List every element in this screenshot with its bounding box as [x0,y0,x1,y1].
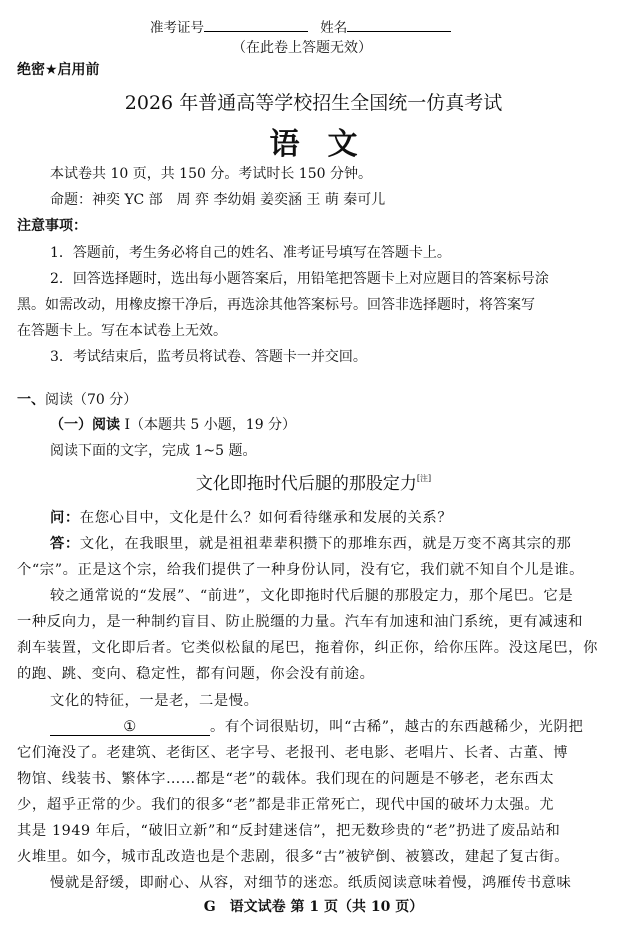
passage-line: 少，超乎正常的少。我们的很多“老”都是非正常死亡，现代中国的破坏力太强。尤 [0,794,554,814]
secret-mark: 绝密★启用前 [17,59,100,79]
passage-line: 文化的特征，一是老，二是慢。 [0,690,259,710]
answer-text: 文化，在我眼里，就是祖祖辈辈积攒下的那堆东西，就是万变不离其宗的那 [80,536,572,552]
passage-line: 物馆、线装书、繁体字……都是“老”的载体。我们现在的问题是不够老，老东西太 [0,768,554,788]
candidate-info-line: 准考证号 姓名 [150,16,451,36]
section-title: 阅读（70 分） [45,392,137,408]
fill-blank-1[interactable]: ① [50,719,210,736]
question-text: 在您心目中，文化是什么？如何看待继承和发展的关系？ [80,510,452,526]
passage-line: 其是 1949 年后，“破旧立新”和“反封建迷信”，把无数珍贵的“老”扔进了废品… [0,820,560,840]
passage-line: 较之通常说的“发展”、“前进”，文化即拖时代后腿的那股定力，那个尾巴。它是 [0,585,573,605]
passage-title-note: [注] [417,474,431,483]
notice-title: 注意事项： [17,215,87,235]
subsection-detail: （本题共 5 小题，19 分） [130,417,296,433]
passage-line: 刹车装置，文化即后者。它类似松鼠的尾巴，拖着你，纠正你，给你压阵。没这尾巴，你 [0,637,598,657]
passage-line: 慢就是舒缓，即耐心、从容，对细节的迷恋。纸质阅读意味着慢，鸿雁传书意味 [0,872,571,892]
subject-title: 语文 [0,119,627,163]
passage-title-text: 文化即拖时代后腿的那股定力 [196,474,417,494]
section-number: 一、 [17,392,45,408]
subsection-heading: （一）阅读 Ⅰ（本题共 5 小题，19 分） [50,414,296,434]
admission-number-label: 准考证号 [150,20,204,36]
notice-item-3: 3．考试结束后，监考员将试卷、答题卡一并交回。 [0,346,367,366]
invalid-note: （在此卷上答题无效） [232,37,372,57]
notice-item-2: 2．回答选择题时，选出每小题答案后，用铅笔把答题卡上对应题目的答案标号涂 [0,268,549,288]
passage-fill-blank-line: ①。有个词很贴切，叫“古稀”，越古的东西越稀少，光阴把 [0,716,583,736]
section-heading: 一、阅读（70 分） [17,389,137,409]
question-label: 问： [50,510,80,526]
notice-item-2-cont: 黑。如需改动，用橡皮擦干净后，再选涂其他答案标号。回答非选择题时，将答案写 [0,294,535,314]
answer-label: 答： [50,536,80,552]
passage-line: 火堆里。如今，城市乱改造也是个悲剧，很多“古”被铲倒、被篡改，建起了复古街。 [0,846,569,866]
subsection-title: （一）阅读 [50,417,120,433]
passage-line: 它们淹没了。老建筑、老街区、老字号、老报刊、老电影、老唱片、长者、古董、博 [0,742,568,762]
exam-info-pages: 本试卷共 10 页，共 150 分。考试时长 150 分钟。 [0,163,372,183]
notice-item-2-cont: 在答题卡上。写在本试卷上无效。 [0,320,227,340]
admission-number-field[interactable] [204,20,308,32]
notice-item-1: 1．答题前，考生务必将自己的姓名、准考证号填写在答题卡上。 [0,242,451,262]
passage-question: 问：在您心目中，文化是什么？如何看待继承和发展的关系？ [0,507,452,527]
passage-title: 文化即拖时代后腿的那股定力[注] [0,469,627,494]
name-field[interactable] [347,20,451,32]
passage-line: 的跑、跳、变向、稳定性，都有问题，你会没有前途。 [0,663,375,683]
passage-answer: 答：文化，在我眼里，就是祖祖辈辈积攒下的那堆东西，就是万变不离其宗的那 [0,533,571,553]
page-footer: G 语文试卷 第 1 页（共 10 页） [0,896,627,916]
passage-line: 一种反向力，是一种制约盲目、防止脱缰的力量。汽车有加速和油门系统，更有减速和 [0,611,583,631]
exam-title: 2026 年普通高等学校招生全国统一仿真考试 [0,88,627,115]
name-label: 姓名 [320,20,347,36]
passage-text: 。有个词很贴切，叫“古稀”，越古的东西越稀少，光阴把 [210,719,583,735]
instruction: 阅读下面的文字，完成 1~5 题。 [50,440,256,460]
exam-info-authors: 命题：神奕 YC 部 周 弈 李幼娟 姜奕涵 王 萌 秦可儿 [0,189,385,209]
passage-line: 个“宗”。正是这个宗，给我们提供了一种身份认同，没有它，我们就不知自个儿是谁。 [0,559,584,579]
